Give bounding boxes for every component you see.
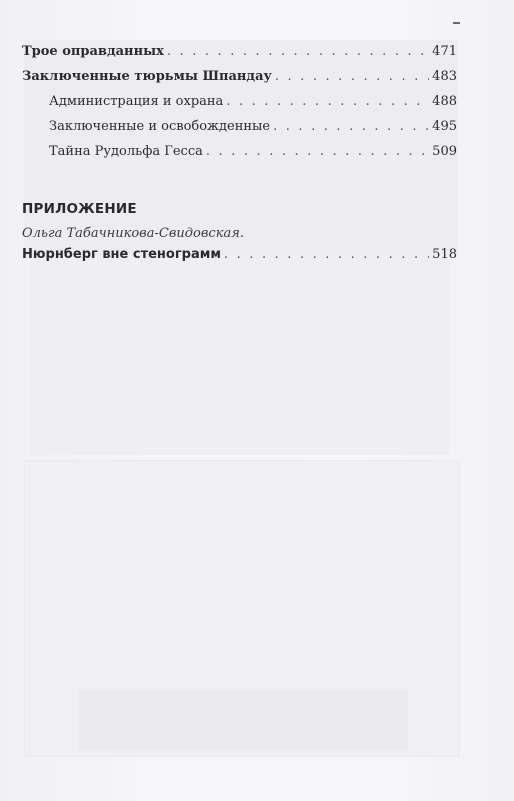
toc-entry-title: Заключенные и освобожденные: [49, 117, 270, 137]
toc-entry-page: 509: [432, 142, 457, 162]
toc-subentry: Администрация и охрана . . . . . . . . .…: [49, 92, 457, 112]
toc-leader-dots: . . . . . . . . . . . . . . . . . . . . …: [273, 117, 429, 137]
toc-entry-page: 471: [432, 42, 457, 62]
toc-entry-page: 495: [432, 117, 457, 137]
toc-entry-page: 518: [432, 245, 457, 265]
toc-subentry: Тайна Рудольфа Гесса . . . . . . . . . .…: [49, 142, 457, 162]
page-mark: [453, 22, 460, 24]
toc-subentry: Заключенные и освобожденные . . . . . . …: [49, 117, 457, 137]
toc-entry-title: Нюрнберг вне стенограмм: [22, 245, 221, 265]
toc-entry: Трое оправданных . . . . . . . . . . . .…: [22, 42, 457, 62]
book-page: Трое оправданных . . . . . . . . . . . .…: [0, 0, 514, 801]
toc-entry-page: 483: [432, 67, 457, 87]
toc-leader-dots: . . . . . . . . . . . . . . . . . . . . …: [224, 245, 429, 265]
show-through-region: [30, 255, 450, 455]
appendix-heading: ПРИЛОЖЕНИЕ: [22, 201, 137, 217]
toc-entry: Нюрнберг вне стенограмм . . . . . . . . …: [22, 245, 457, 265]
show-through-region: [78, 690, 408, 750]
appendix-author: Ольга Табачникова-Свидовская.: [22, 226, 244, 241]
toc-leader-dots: . . . . . . . . . . . . . . . . . . . . …: [206, 142, 429, 162]
toc-entry-title: Трое оправданных: [22, 42, 164, 62]
toc-entry-page: 488: [432, 92, 457, 112]
toc-entry: Заключенные тюрьмы Шпандау . . . . . . .…: [22, 67, 457, 87]
toc-leader-dots: . . . . . . . . . . . . . . . . . . . . …: [226, 92, 429, 112]
toc-entry-title: Администрация и охрана: [49, 92, 223, 112]
toc-entry-title: Заключенные тюрьмы Шпандау: [22, 67, 272, 87]
toc-leader-dots: . . . . . . . . . . . . . . . . . . . . …: [275, 67, 429, 87]
toc-leader-dots: . . . . . . . . . . . . . . . . . . . . …: [167, 42, 429, 62]
toc-entry-title: Тайна Рудольфа Гесса: [49, 142, 203, 162]
